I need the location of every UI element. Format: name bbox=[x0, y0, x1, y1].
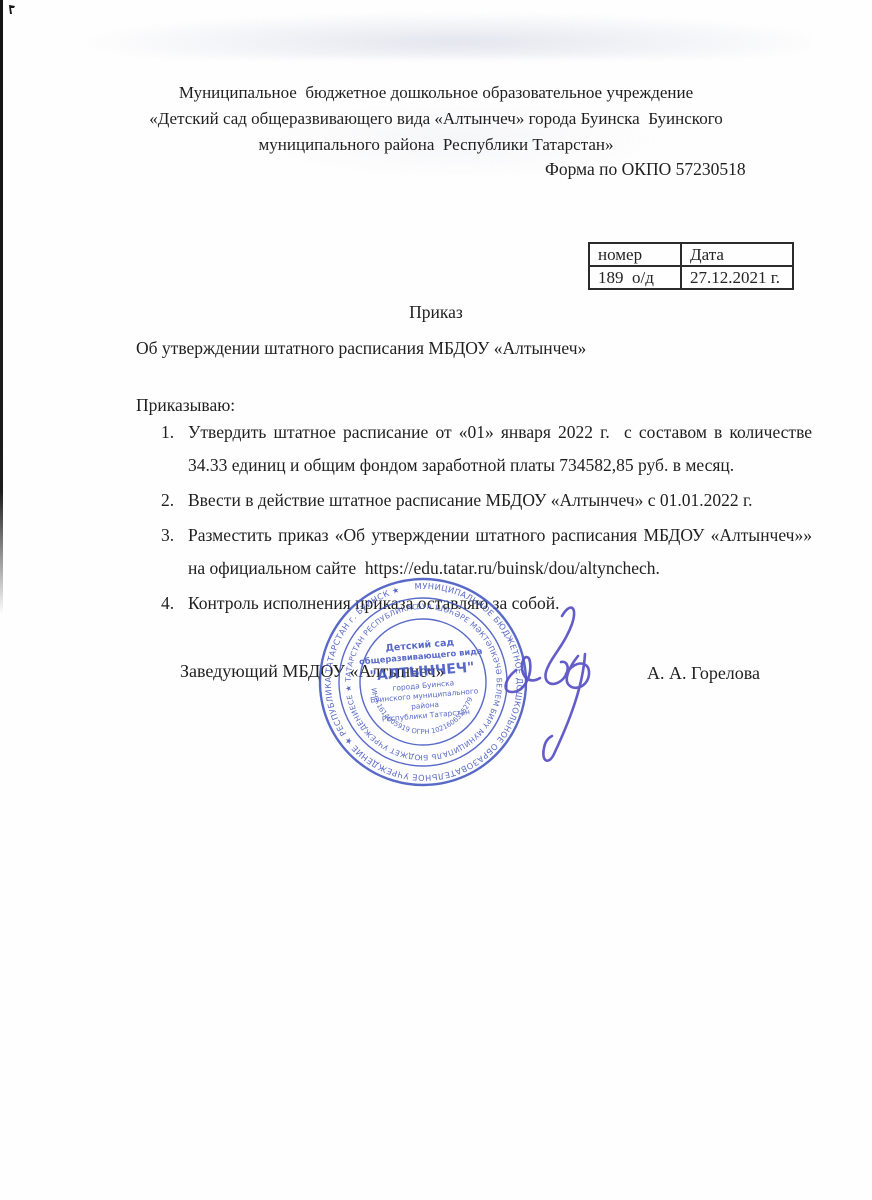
order-number-value: 189 о/д bbox=[589, 266, 681, 289]
directive-intro: Приказываю: bbox=[136, 395, 235, 416]
signatory-name: А. А. Горелова bbox=[647, 663, 760, 684]
order-meta-table: номер Дата 189 о/д 27.12.2021 г. bbox=[588, 242, 794, 290]
item-number: 3. bbox=[161, 519, 174, 552]
item-line: Утвердить штатное расписание от «01» янв… bbox=[188, 416, 812, 449]
header-line: Муниципальное бюджетное дошкольное образ… bbox=[76, 80, 796, 106]
item-line: Разместить приказ «Об утверждении штатно… bbox=[188, 519, 812, 552]
signature-scribble bbox=[486, 592, 616, 782]
table-header-row: номер Дата bbox=[589, 243, 793, 266]
table-header-date: Дата bbox=[681, 243, 793, 266]
order-title: Приказ bbox=[0, 302, 872, 323]
header-line: «Детский сад общеразвивающего вида «Алты… bbox=[76, 106, 796, 132]
header-org-name: Муниципальное бюджетное дошкольное образ… bbox=[76, 80, 796, 158]
table-data-row: 189 о/д 27.12.2021 г. bbox=[589, 266, 793, 289]
item-number: 2. bbox=[161, 484, 174, 517]
table-header-number: номер bbox=[589, 243, 681, 266]
header-line: муниципального района Республики Татарст… bbox=[76, 132, 796, 158]
item-number: 1. bbox=[161, 416, 174, 449]
order-item-2: 2. Ввести в действие штатное расписание … bbox=[161, 484, 812, 517]
scan-bleedthrough-haze bbox=[70, 12, 810, 58]
order-item-1: 1. Утвердить штатное расписание от «01» … bbox=[161, 416, 812, 482]
order-date-value: 27.12.2021 г. bbox=[681, 266, 793, 289]
item-line: Ввести в действие штатное расписание МБД… bbox=[188, 484, 812, 517]
scan-corner-mark bbox=[6, 3, 22, 17]
form-okpo-label: Форма по ОКПО 57230518 bbox=[545, 159, 746, 180]
order-subject: Об утверждении штатного расписания МБДОУ… bbox=[136, 338, 586, 359]
scanned-order-document: Муниципальное бюджетное дошкольное образ… bbox=[0, 0, 872, 1200]
stamp-center-text: Детский сад общеразвивающего вида "АЛТЫН… bbox=[358, 635, 488, 725]
item-number: 4. bbox=[161, 587, 174, 620]
item-line: 34.33 единиц и общим фондом заработной п… bbox=[188, 449, 812, 482]
